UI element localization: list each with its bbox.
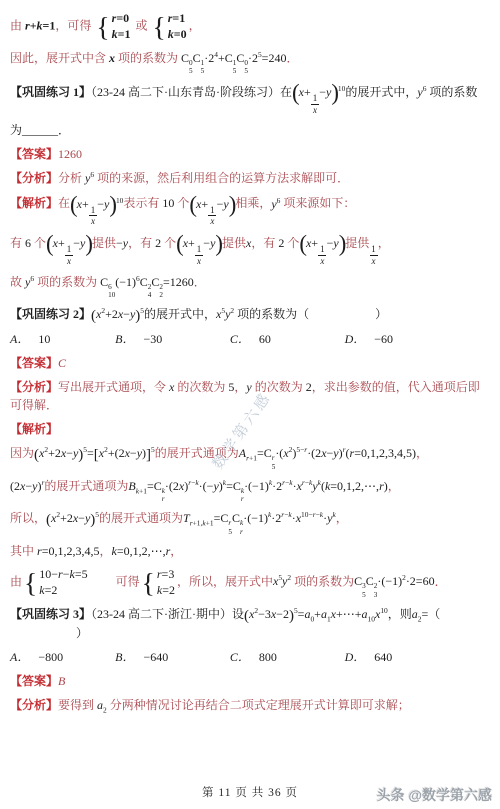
exercise1-title: 【巩固练习 1】（23-24 高二下·山东青岛·阶段练习）在(x+1x−y)10… (10, 82, 488, 116)
option-value: 10 (38, 332, 50, 346)
document-page: 由 r+k=1，可得 {r=0k=1 或 {r=1k=0， 因此，展开式中含 x… (0, 0, 500, 809)
option-a: A．−800 (10, 648, 115, 666)
exercise1-title-continuation: 为______． (10, 121, 488, 139)
exercise2-answer-line: 【答案】C (10, 354, 488, 372)
exercise1-explain-line-1: 【解析】在(x+1x−y)10表示有 10 个(x+1x−y)相乘，y6 项来源… (10, 193, 488, 227)
answer-value: C (58, 356, 66, 370)
answer-value: B (58, 674, 65, 688)
exercise2-explain-line-5: 由{10−r−k=5k=2可得{r=3k=2，所以，展开式中x5y2 项的系数为… (10, 566, 488, 599)
option-letter: A． (10, 332, 29, 346)
analysis-text: 要得到 a2 分两种情况讨论再结合二项式定理展开式计算即可求解； (58, 698, 410, 712)
option-letter: D． (345, 650, 366, 664)
exercise3-analysis-line: 【分析】要得到 a2 分两种情况讨论再结合二项式定理展开式计算即可求解； (10, 696, 488, 714)
analysis-label: 【分析】 (10, 698, 58, 712)
analysis-text: 分析 y6 项的来源，然后利用组合的运算方法求解即可． (58, 171, 349, 185)
exercise1-explain-line-2: 有 6 个(x+1x−y)提供−y，有 2 个(x+1x−y)提供x，有 2 个… (10, 233, 488, 267)
exercise1-analysis-line: 【分析】分析 y6 项的来源，然后利用组合的运算方法求解即可． (10, 169, 488, 187)
option-d: D．640 (345, 648, 488, 666)
exercise2-title: 【巩固练习 2】(x2+2x−y)5的展开式中，x5y2 项的系数为（） (10, 305, 488, 324)
option-a: A．10 (10, 330, 115, 348)
option-value: 800 (259, 650, 277, 664)
answer-value: 1260 (58, 147, 82, 161)
answer-label: 【答案】 (10, 356, 58, 370)
corner-watermark: 头条 @数学第六感 (376, 785, 492, 805)
exercise3-title: 【巩固练习 3】（23-24 高二下·浙江·期中）设(x2−3x−2)5=a0+… (10, 605, 488, 642)
option-letter: C． (230, 650, 250, 664)
exercise1-explain-line-3: 故 y6 项的系数为 C610(−1)6C24C22=1260． (10, 273, 488, 300)
analysis-label: 【分析】 (10, 171, 58, 185)
explain-label: 【解析】 (10, 422, 58, 436)
option-c: C．800 (230, 648, 345, 666)
option-b: B．−640 (115, 648, 230, 666)
analysis-label: 【分析】 (10, 380, 58, 394)
option-letter: C． (230, 332, 250, 346)
exercise1-answer-line: 【答案】1260 (10, 145, 488, 163)
exercise2-options: A．10 B．−30 C．60 D．−60 (10, 330, 488, 348)
option-value: −800 (38, 650, 63, 664)
option-letter: D． (345, 332, 366, 346)
exercise2-explain-line-3: 所以，(x2+2x−y)5的展开式通项为Tr+1,k+1=Cr5Ckr·(−1)… (10, 509, 488, 536)
exercise3-options: A．−800 B．−640 C．800 D．640 (10, 648, 488, 666)
answer-label: 【答案】 (10, 147, 58, 161)
option-value: −640 (144, 650, 169, 664)
option-value: 640 (374, 650, 392, 664)
option-value: 60 (259, 332, 271, 346)
option-letter: A． (10, 650, 29, 664)
exercise2-explain-line-4: 其中 r=0,1,2,3,4,5，k=0,1,2,⋯,r， (10, 542, 488, 560)
explain-text: 在(x+1x−y)10表示有 10 个(x+1x−y)相乘，y6 项来源如下： (58, 197, 355, 211)
prev-solution-line-2: 因此，展开式中含 x 项的系数为 C05C15·24+C15C05·25=240… (10, 49, 488, 76)
exercise3-answer-line: 【答案】B (10, 672, 488, 690)
exercise2-explain-line-2: (2x−y)r的展开式通项为Bk+1=Ckr·(2x)r−k·(−y)k=Ckr… (10, 477, 488, 504)
option-value: −60 (374, 332, 393, 346)
prev-solution-line-1: 由 r+k=1，可得 {r=0k=1 或 {r=1k=0， (10, 10, 488, 43)
option-b: B．−30 (115, 330, 230, 348)
option-letter: B． (115, 650, 134, 664)
option-value: −30 (144, 332, 163, 346)
option-letter: B． (115, 332, 134, 346)
option-d: D．−60 (345, 330, 488, 348)
option-c: C．60 (230, 330, 345, 348)
exercise2-explain-line-1: 因为(x2+2x−y)5=[x2+(2x−y)]5的展开式通项为Ar+1=Cr5… (10, 444, 488, 471)
explain-label: 【解析】 (10, 197, 58, 211)
answer-label: 【答案】 (10, 674, 58, 688)
